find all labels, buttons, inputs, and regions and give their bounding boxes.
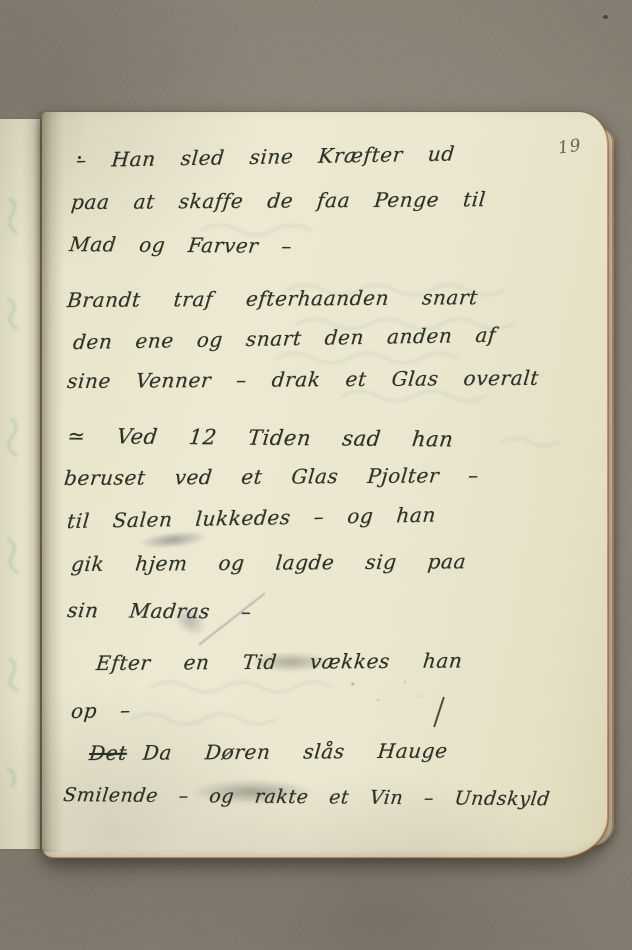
stray-ink-mark xyxy=(433,696,445,727)
bleed-through-ink xyxy=(0,119,40,849)
handwriting-line-9: til Salen lukkedes – og han xyxy=(66,503,437,533)
page-number: 19 xyxy=(557,135,583,158)
background-speck xyxy=(603,15,608,19)
handwriting-line-5: den ene og snart den anden af xyxy=(72,323,497,354)
line-text: Da Døren slås Hauge xyxy=(142,738,449,764)
handwriting-line-12: Efter en Tid vækkes han xyxy=(95,648,464,675)
handwriting-line-14: DetDa Døren slås Hauge xyxy=(88,738,449,765)
handwriting-line-1: – Han sled sine Kræfter ud xyxy=(75,141,456,172)
handwriting-line-7: ≃ Ved 12 Tiden sad han xyxy=(66,424,455,451)
handwriting-line-6: sine Venner – drak et Glas overalt xyxy=(66,366,540,393)
ink-smudge xyxy=(137,528,208,551)
handwriting-line-3: Mad og Farver – xyxy=(68,232,293,258)
handwriting-line-11: sin Madras – xyxy=(66,598,253,624)
handwriting-line-13: op – xyxy=(70,698,132,723)
facing-page-sliver xyxy=(0,119,40,849)
ink-spatter xyxy=(342,672,432,712)
notebook-page: 19 – Han sled sine Kræfter ud paa at ska… xyxy=(42,112,608,858)
handwriting-line-4: Brandt traf efterhaanden snart xyxy=(66,285,479,312)
handwriting-line-15: Smilende – og rakte et Vin – Undskyld xyxy=(62,784,551,810)
handwriting-line-10: gik hjem og lagde sig paa xyxy=(70,549,467,576)
handwriting-line-8: beruset ved et Glas Pjolter – xyxy=(63,463,480,490)
struck-word: Det xyxy=(88,741,128,765)
handwriting-line-2: paa at skaffe de faa Penge til xyxy=(70,187,487,214)
photo-background: 19 – Han sled sine Kræfter ud paa at ska… xyxy=(0,0,632,950)
